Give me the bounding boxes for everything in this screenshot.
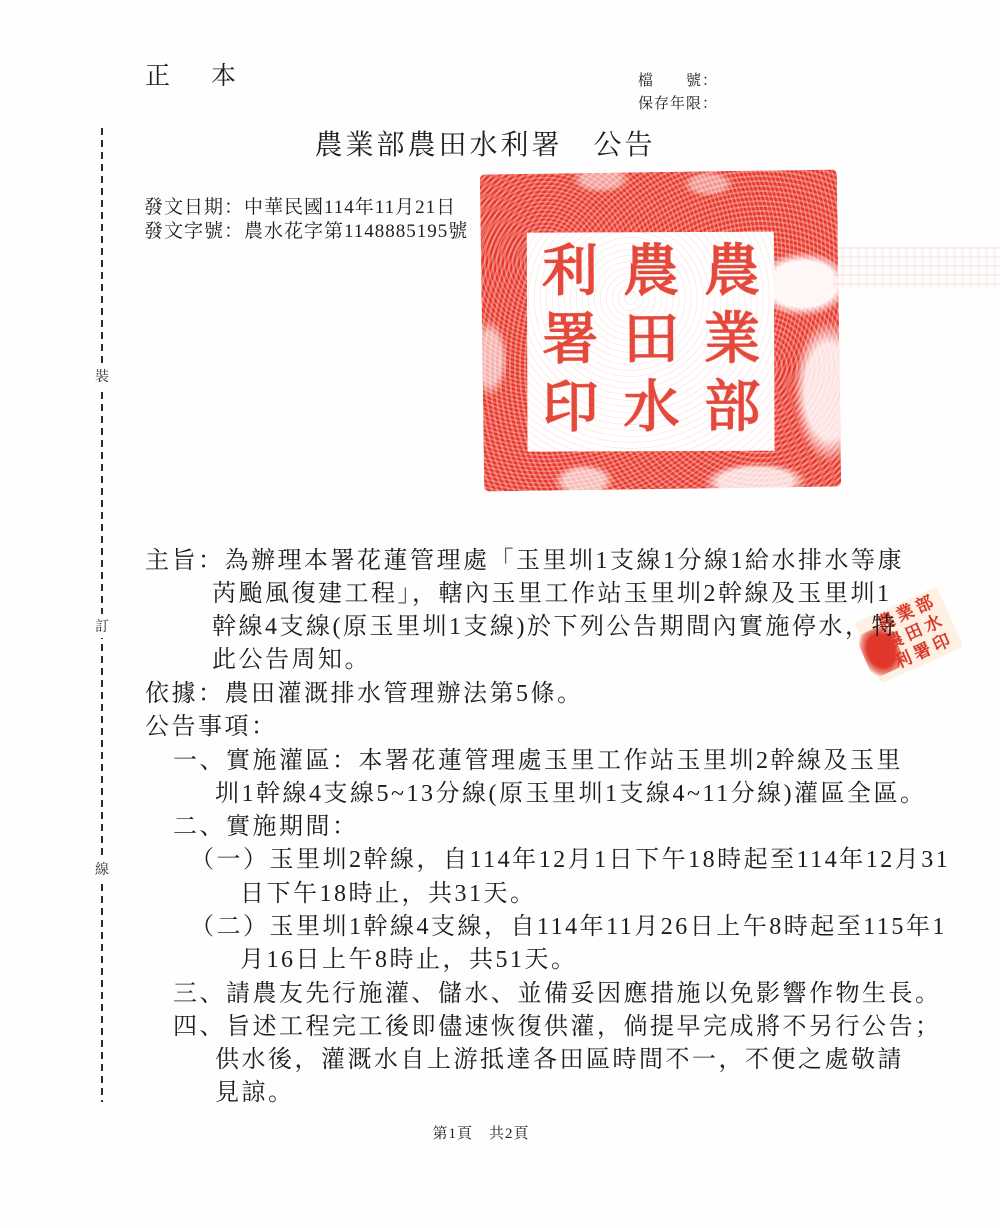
- issue-date-row: 發文日期：中華民國114年11月21日: [144, 196, 468, 220]
- doc-title: 農業部農田水利署 公告: [0, 123, 970, 163]
- body-line: 三、請農友先行施灌、儲水、並備妥因應措施以免影響作物生長。: [173, 973, 942, 1008]
- scan-noise: [833, 247, 1000, 289]
- body-line: 此公告周知。: [212, 639, 371, 674]
- body-line: 月16日上午8時止，共51天。: [240, 939, 578, 974]
- seal-column-right: 農業部: [693, 238, 772, 446]
- archive-no-label: 檔 號：: [638, 70, 718, 93]
- body-line: 一、實施灌區：本署花蓮管理處玉里工作站玉里圳2幹線及玉里: [173, 740, 903, 775]
- copy-type-label: 正 本: [145, 56, 244, 92]
- body-line: 主旨：為辦理本署花蓮管理處「玉里圳1支線1分線1給水排水等康: [145, 540, 904, 575]
- retention-label: 保存年限：: [638, 93, 718, 116]
- page-footer: 第1頁 共2頁: [0, 1122, 962, 1143]
- body-line: 公告事項：: [145, 706, 278, 741]
- issue-date-label: 發文日期：: [144, 197, 244, 218]
- body-line: 二、實施期間：: [173, 806, 359, 841]
- doc-number-label: 發文字號：: [144, 221, 244, 242]
- body-line: 圳1幹線4支線5~13分線(原玉里圳1支線4~11分線)灌區全區。: [215, 773, 927, 808]
- seal-column-middle: 農田水: [612, 238, 691, 446]
- doc-meta: 發文日期：中華民國114年11月21日 發文字號：農水花字第1148885195…: [144, 196, 468, 244]
- body-line: 供水後，灌溉水自上游抵達各田區時間不一，不便之處敬請: [215, 1039, 904, 1074]
- body-line: （一）玉里圳2幹線，自114年12月1日下午18時起至114年12月31: [190, 839, 950, 874]
- seal-inner-face: 農業部 農田水 利署印: [527, 232, 775, 452]
- body-line: 見諒。: [215, 1072, 295, 1107]
- body-line: 幹線4支線(原玉里圳1支線)於下列公告期間內實施停水，特: [212, 606, 898, 641]
- archive-block: 檔 號： 保存年限：: [638, 70, 718, 116]
- agency-seal: 農業部 農田水 利署印: [480, 170, 841, 492]
- binding-char-xian: 線: [93, 857, 111, 881]
- binding-char-zhuang: 裝: [93, 364, 111, 388]
- doc-number-row: 發文字號：農水花字第1148885195號: [144, 220, 468, 244]
- scanned-announcement-page: 正 本 檔 號： 保存年限： 農業部農田水利署 公告 發文日期：中華民國114年…: [0, 0, 1000, 1228]
- binding-char-ding: 訂: [93, 614, 111, 638]
- body-line: 依據：農田灌溉排水管理辦法第5條。: [145, 673, 584, 708]
- body-line: （二）玉里圳1幹線4支線，自114年11月26日上午8時起至115年1: [190, 906, 947, 941]
- issue-date-value: 中華民國114年11月21日: [244, 197, 456, 218]
- body-line: 芮颱風復建工程」，轄內玉里工作站玉里圳2幹線及玉里圳1: [212, 573, 892, 608]
- body-line: 日下午18時止，共31天。: [240, 873, 537, 908]
- seal-column-left: 利署印: [531, 238, 610, 446]
- body-line: 四、旨述工程完工後即儘速恢復供灌，倘提早完成將不另行公告；: [173, 1006, 942, 1041]
- doc-number-value: 農水花字第1148885195號: [244, 221, 468, 242]
